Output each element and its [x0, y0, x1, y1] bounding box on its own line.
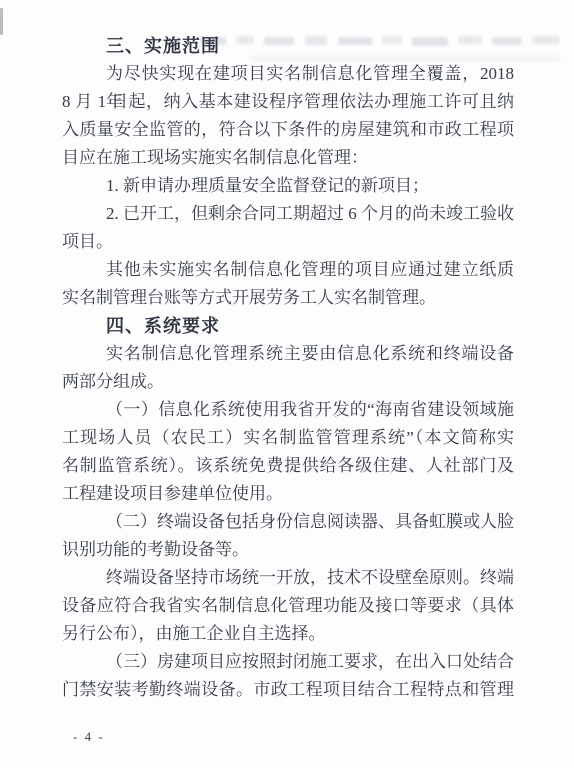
- text-line: （一）信息化系统使用我省开发的“海南省建设领域施: [62, 396, 514, 424]
- text-line: 实名制管理台账等方式开展劳务工人实名制管理。: [62, 284, 514, 312]
- text-line: 入质量安全监管的，符合以下条件的房屋建筑和市政工程项: [62, 116, 514, 144]
- scan-edge-artifact: [0, 8, 3, 35]
- text-line: 实名制信息化管理系统主要由信息化系统和终端设备: [62, 340, 514, 368]
- text-line: 2. 已开工，但剩余合同工期超过 6 个月的尚未竣工验收: [62, 200, 514, 228]
- text-line: 目应在施工现场实施实名制信息化管理：: [62, 144, 514, 172]
- section-heading: 三、实施范围: [62, 32, 514, 60]
- text-line: 两部分组成。: [62, 368, 514, 396]
- text-line: 工现场人员（农民工）实名制监管管理系统”（本文简称实: [62, 424, 514, 452]
- bleed-through-artifact: [532, 36, 560, 44]
- text-line: （三）房建项目应按照封闭施工要求，在出入口处结合: [62, 648, 514, 676]
- text-line: 另行公布），由施工企业自主选择。: [62, 620, 514, 648]
- document-lines: 三、实施范围为尽快实现在建项目实名制信息化管理全覆盖，2018 年8 月 1 日…: [62, 32, 514, 704]
- text-line: 门禁安装考勤终端设备。市政工程项目结合工程特点和管理: [62, 676, 514, 704]
- text-line: 名制监管系统）。该系统免费提供给各级住建、人社部门及: [62, 452, 514, 480]
- text-line: 工程建设项目参建单位使用。: [62, 480, 514, 508]
- text-line: 项目。: [62, 228, 514, 256]
- page-number: - 4 -: [73, 729, 105, 745]
- text-line: 其他未实施实名制信息化管理的项目应通过建立纸质: [62, 256, 514, 284]
- section-heading: 四、系统要求: [62, 312, 514, 340]
- text-line: 识别功能的考勤设备等。: [62, 536, 514, 564]
- text-line: （二）终端设备包括身份信息阅读器、具备虹膜或人脸: [62, 508, 514, 536]
- scanned-document-page: 三、实施范围为尽快实现在建项目实名制信息化管理全覆盖，2018 年8 月 1 日…: [0, 0, 574, 768]
- text-line: 终端设备坚持市场统一开放，技术不设壁垒原则。终端: [62, 564, 514, 592]
- text-line: 1. 新申请办理质量安全监督登记的新项目；: [62, 172, 514, 200]
- text-line: 为尽快实现在建项目实名制信息化管理全覆盖，2018 年: [62, 60, 514, 88]
- text-line: 8 月 1 日起，纳入基本建设程序管理依法办理施工许可且纳: [62, 88, 514, 116]
- text-line: 设备应符合我省实名制信息化管理功能及接口等要求（具体: [62, 592, 514, 620]
